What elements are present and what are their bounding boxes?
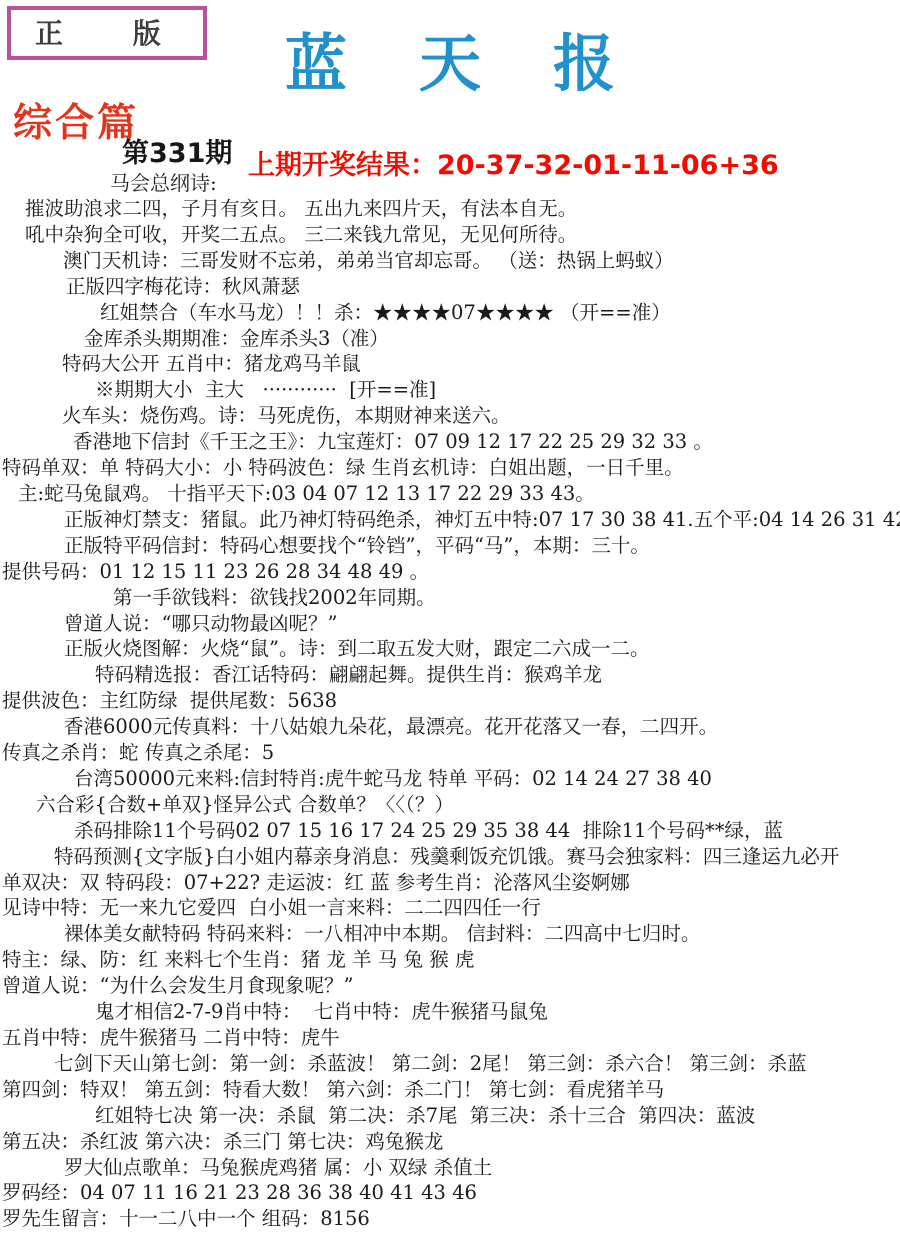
body-line: 杀码排除11个号码02 07 15 16 17 24 25 29 35 38 4… [0, 818, 900, 844]
body-line: ※期期大小 主大 ············ [开==准] [0, 377, 900, 403]
body-line: 特码大公开 五肖中：猪龙鸡马羊鼠 [0, 351, 900, 377]
body-line: 金库杀头期期准：金库杀头3（准） [0, 326, 900, 352]
body-lines: 摧波助浪求二四，子月有亥日。 五出九来四片天，有法本自无。吼中杂狗全可收，开奖二… [0, 196, 900, 1232]
body-line: 吼中杂狗全可收，开奖二五点。 三二来钱九常见，无见何所待。 [0, 222, 900, 248]
last-draw-result: 上期开奖结果：20-37-32-01-11-06+36 [248, 143, 779, 182]
body-line: 澳门天机诗：三哥发财不忘弟，弟弟当官却忘哥。 （送：热锅上蚂蚁） [0, 248, 900, 274]
body-line: 罗先生留言：十一二八中一个 组码：8156 [0, 1206, 900, 1232]
body-line: 红姐特七决 第一决：杀鼠 第二决：杀7尾 第三决：杀十三合 第四决：蓝波 [0, 1103, 900, 1129]
body-line: 见诗中特：无一来九它爱四 白小姐一言来料：二二四四任一行 [0, 895, 900, 921]
body-line: 特码单双：单 特码大小：小 特码波色：绿 生肖玄机诗：白姐出题，一日千里。 [0, 455, 900, 481]
body-line: 传真之杀肖：蛇 传真之杀尾：5 [0, 740, 900, 766]
body-line: 正版四字梅花诗：秋风萧瑟 [0, 274, 900, 300]
body-line: 五肖中特：虎牛猴猪马 二肖中特：虎牛 [0, 1025, 900, 1051]
body-line: 第五决：杀红波 第六决：杀三门 第七决：鸡兔猴龙 [0, 1129, 900, 1155]
body-line: 正版特平码信封：特码心想要找个“铃铛”，平码“马”，本期：三十。 [0, 533, 900, 559]
body-line: 单双决：双 特码段：07+22? 走运波：红 蓝 参考生肖：沦落风尘姿婀娜 [0, 870, 900, 896]
body-line: 特码预测{文字版}白小姐内幕亲身消息：残羹剩饭充饥饿。赛马会独家料：四三逢运九必… [0, 844, 900, 870]
poem-label: 马会总纲诗: [110, 167, 217, 196]
body-line: 正版神灯禁支：猪鼠。此乃神灯特码绝杀，神灯五中特:07 17 30 38 41.… [0, 507, 900, 533]
body-line: 鬼才相信2-7-9肖中特： 七肖中特：虎牛猴猪马鼠兔 [0, 999, 900, 1025]
body-line: 第四剑：特双！ 第五剑：特看大数！ 第六剑：杀二门！ 第七剑：看虎猪羊马 [0, 1077, 900, 1103]
body-line: 正版火烧图解：火烧“鼠”。诗：到二取五发大财，跟定二六成一二。 [0, 636, 900, 662]
body-line: 香港6000元传真料：十八姑娘九朵花，最漂亮。花开花落又一春，二四开。 [0, 714, 900, 740]
issue-number: 第331期 [122, 131, 232, 170]
body-line: 第一手欲钱料：欲钱找2002年同期。 [0, 585, 900, 611]
body-line: 提供号码：01 12 15 11 23 26 28 34 48 49 。 [0, 559, 900, 585]
section-title: 综合篇 [13, 92, 139, 148]
page-title: 蓝天报 [0, 14, 900, 103]
body-line: 曾道人说：“哪只动物最凶呢？” [0, 611, 900, 637]
body-line: 罗码经：04 07 11 16 21 23 28 36 38 40 41 43 … [0, 1180, 900, 1206]
body-line: 曾道人说：“为什么会发生月食现象呢？” [0, 973, 900, 999]
body-line: 七剑下天山第七剑：第一剑：杀蓝波！ 第二剑：2尾！ 第三剑：杀六合！ 第三剑：杀… [0, 1051, 900, 1077]
body-line: 罗大仙点歌单：马兔猴虎鸡猪 属：小 双绿 杀值土 [0, 1155, 900, 1181]
newspaper-page: 正 版 蓝天报 综合篇 第331期 上期开奖结果：20-37-32-01-11-… [0, 0, 900, 1237]
body-line: 裸体美女献特码 特码来料：一八相冲中本期。 信封料：二四高中七归时。 [0, 921, 900, 947]
body-line: 红姐禁合（车水马龙）！！杀：★★★★07★★★★ （开==准） [0, 300, 900, 326]
body-line: 摧波助浪求二四，子月有亥日。 五出九来四片天，有法本自无。 [0, 196, 900, 222]
body-line: 台湾50000元来料:信封特肖:虎牛蛇马龙 特单 平码：02 14 24 27 … [0, 766, 900, 792]
body-line: 特码精选报：香江话特码：翩翩起舞。提供生肖：猴鸡羊龙 [0, 662, 900, 688]
body-line: 特主：绿、防：红 来料七个生肖：猪 龙 羊 马 兔 猴 虎 [0, 947, 900, 973]
body-line: 提供波色：主红防绿 提供尾数：5638 [0, 688, 900, 714]
body-line: 主:蛇马兔鼠鸡。 十指平天下:03 04 07 12 13 17 22 29 3… [0, 481, 900, 507]
body-line: 香港地下信封《千王之王》：九宝莲灯：07 09 12 17 22 25 29 3… [0, 429, 900, 455]
body-line: 六合彩{合数+单双}怪异公式 合数单？〈〈（？） [0, 792, 900, 818]
body-line: 火车头：烧伤鸡。诗：马死虎伤，本期财神来送六。 [0, 403, 900, 429]
